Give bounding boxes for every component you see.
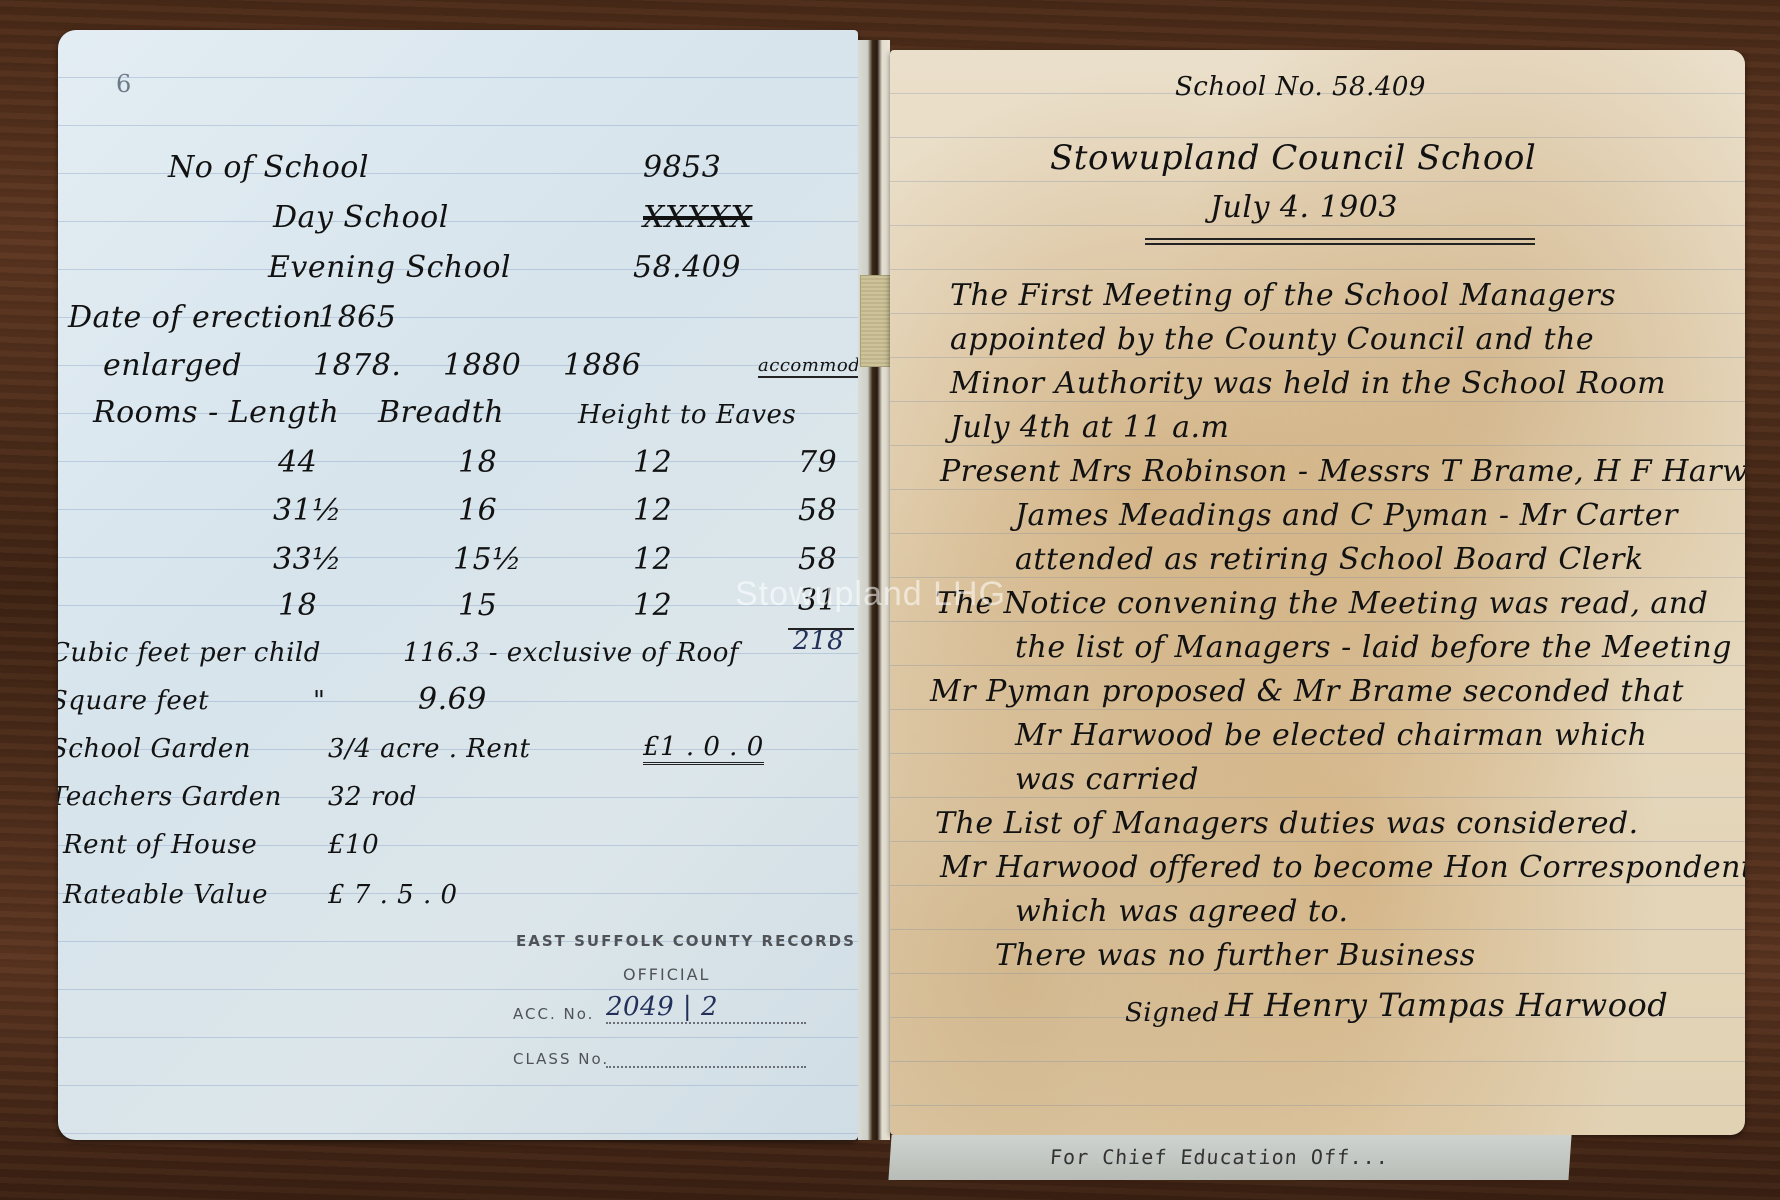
erection-year: 1865 <box>318 300 396 335</box>
rent-of-house-label: Rent of House <box>63 830 257 860</box>
rooms-height-header: Height to Eaves <box>578 400 796 430</box>
room-height: 12 <box>633 493 672 528</box>
evening-school-label: Evening School <box>268 250 511 285</box>
evening-school-value: 58.409 <box>633 250 741 285</box>
room-length: 18 <box>278 588 317 623</box>
minutes-line: Mr Harwood be elected chairman which <box>1015 718 1647 753</box>
square-feet-value: 9.69 <box>418 682 487 717</box>
room-height: 12 <box>633 588 672 623</box>
typed-text: For Chief Education Off... <box>1049 1145 1390 1169</box>
stamp-class-blank <box>606 1066 806 1068</box>
minutes-line: Mr Pyman proposed & Mr Brame seconded th… <box>930 674 1684 709</box>
minutes-line: James Meadings and C Pyman - Mr Carter <box>1015 498 1678 533</box>
room-length: 44 <box>278 445 317 480</box>
minutes-line: the list of Managers - laid before the M… <box>1015 630 1732 665</box>
stamp-acc-label: ACC. No. <box>513 1005 594 1023</box>
square-feet-ditto: " <box>313 686 325 716</box>
minutes-line: The List of Managers duties was consider… <box>935 806 1639 841</box>
stamp-line-1: EAST SUFFOLK COUNTY RECORDS <box>516 932 856 950</box>
accommodation-header: accommodation <box>758 355 858 378</box>
minutes-line: July 4th at 11 a.m <box>950 410 1229 445</box>
stamp-acc-value: 2049 | 2 <box>606 992 806 1024</box>
title-underline <box>1145 238 1535 240</box>
no-of-school-value: 9853 <box>643 150 721 185</box>
stamp-class-label: CLASS No. <box>513 1050 609 1068</box>
room-accommodation: 58 <box>798 493 837 528</box>
room-breadth: 15½ <box>453 542 522 577</box>
right-page: School No. 58.409 Stowupland Council Sch… <box>890 50 1745 1135</box>
room-breadth: 18 <box>458 445 497 480</box>
minutes-line: attended as retiring School Board Clerk <box>1015 542 1644 577</box>
minutes-line: There was no further Business <box>995 938 1476 973</box>
stamp-line-2: OFFICIAL <box>623 965 710 984</box>
page-number: 6 <box>116 70 132 98</box>
minutes-line: which was agreed to. <box>1015 894 1349 929</box>
erection-label: Date of erection <box>68 300 322 335</box>
signed-label: Signed <box>1125 998 1220 1028</box>
school-garden-value: 3/4 acre . Rent <box>328 734 530 764</box>
enlarged-year-1: 1878. <box>313 348 401 383</box>
underlying-typed-sheet: For Chief Education Off... <box>888 1135 1571 1180</box>
enlarged-label: enlarged <box>103 348 242 383</box>
teachers-garden-label: Teachers Garden <box>58 782 282 812</box>
room-breadth: 15 <box>458 588 497 623</box>
accommodation-total: 218 <box>793 626 844 656</box>
room-height: 12 <box>633 445 672 480</box>
room-length: 33½ <box>273 542 342 577</box>
teachers-garden-value: 32 rod <box>328 782 417 812</box>
day-school-value-struck: XXXXX <box>643 200 752 235</box>
enlarged-year-3: 1886 <box>563 348 641 383</box>
enlarged-year-2: 1880 <box>443 348 521 383</box>
rateable-value-label: Rateable Value <box>63 880 268 910</box>
room-height: 12 <box>633 542 672 577</box>
minutes-line: Mr Harwood offered to become Hon Corresp… <box>940 850 1745 885</box>
minutes-line: The Notice convening the Meeting was rea… <box>935 586 1708 621</box>
square-feet-label: Square feet <box>58 686 209 716</box>
watermark: Stowupland LHG <box>735 575 1006 614</box>
minutes-line: was carried <box>1015 762 1199 797</box>
school-garden-label: School Garden <box>58 734 251 764</box>
no-of-school-label: No of School <box>168 150 369 185</box>
rent-of-house-value: £10 <box>328 830 379 860</box>
minutes-line: appointed by the County Council and the <box>950 322 1594 357</box>
rateable-value-value: £ 7 . 5 . 0 <box>328 880 458 910</box>
room-accommodation: 58 <box>798 542 837 577</box>
minutes-line: The First Meeting of the School Managers <box>950 278 1616 313</box>
meeting-date: July 4. 1903 <box>1210 190 1398 225</box>
room-length: 31½ <box>273 493 342 528</box>
rooms-breadth-header: Breadth <box>378 395 504 430</box>
day-school-label: Day School <box>273 200 449 235</box>
room-breadth: 16 <box>458 493 497 528</box>
cubic-feet-value: 116.3 - exclusive of Roof <box>403 638 739 668</box>
chairman-signature: H Henry Tampas Harwood <box>1225 986 1668 1024</box>
room-accommodation: 79 <box>798 445 837 480</box>
binding-tape <box>860 275 894 367</box>
minutes-line: Minor Authority was held in the School R… <box>950 366 1666 401</box>
cubic-feet-label: Cubic feet per child <box>58 638 321 668</box>
school-title: Stowupland Council School <box>1050 138 1536 178</box>
title-underline-2 <box>1145 243 1535 245</box>
school-garden-rent: £1 . 0 . 0 <box>643 732 764 765</box>
rooms-length-header: Rooms - Length <box>93 395 339 430</box>
school-number: School No. 58.409 <box>1175 72 1426 102</box>
minutes-line: Present Mrs Robinson - Messrs T Brame, H… <box>940 454 1745 489</box>
